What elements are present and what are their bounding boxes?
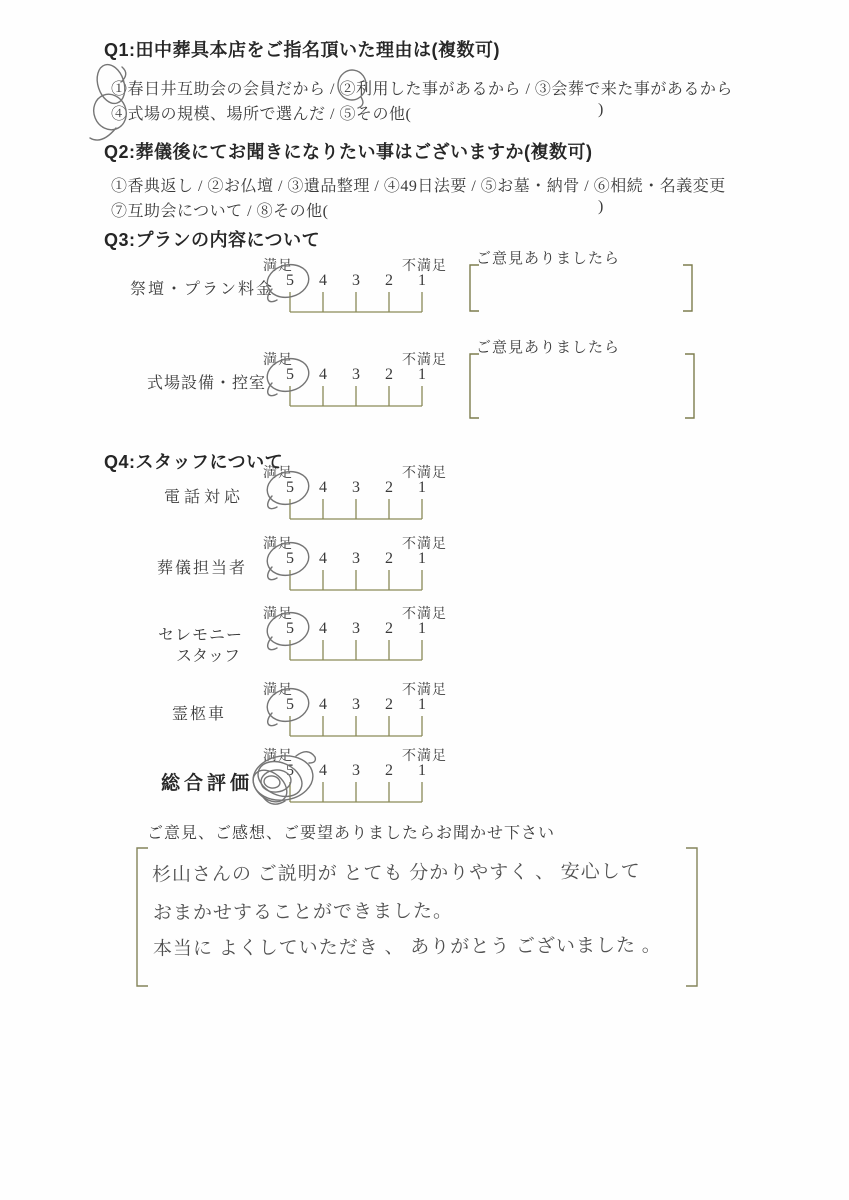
rating-number-4: 4 [316,550,330,568]
rating-scale-4: 満足不満足54321 [283,620,429,666]
rating-number-3: 3 [349,272,363,290]
q2-other-close-paren: ) [598,198,603,216]
handwritten-scribble-bottom [263,797,285,804]
scale-ruler [283,498,429,522]
rating-number-5: 5 [283,550,297,568]
scale-ruler [283,385,429,409]
scale-ruler [283,781,429,805]
rating-number-1: 1 [415,762,429,780]
rating-scale-2: 満足不満足54321 [283,479,429,525]
handwritten-circle-rating5-tail-3 [268,567,277,580]
q3-title: Q3:プランの内容について [104,226,320,252]
q2-options-line2: ⑦互助会について / ⑧その他( [111,198,328,221]
rating-number-4: 4 [316,479,330,497]
rating-number-2: 2 [382,272,396,290]
rating-number-3: 3 [349,696,363,714]
rating-number-2: 2 [382,366,396,384]
rating-number-4: 4 [316,762,330,780]
rating-number-1: 1 [415,550,429,568]
q4-row3-label: 霊柩車 [172,701,226,724]
rating-number-5: 5 [283,620,297,638]
rating-scale-3: 満足不満足54321 [283,550,429,596]
q4-row1-label: 葬儀担当者 [157,555,247,578]
scale-ruler [283,569,429,593]
q4-row0-label: 電話対応 [164,484,244,507]
comments-prompt: ご意見、ご感想、ご要望ありましたらお聞かせ下さい [147,820,555,843]
q1-options-line2: ④式場の規模、場所で選んだ / ⑤その他( [111,101,411,124]
handwritten-circle-rating5-tail-1 [268,383,277,396]
rating-number-5: 5 [283,272,297,290]
rating-scale-0: 満足不満足54321 [283,272,429,318]
rating-number-5: 5 [283,479,297,497]
rating-number-2: 2 [382,550,396,568]
q2-title: Q2:葬儀後にてお聞きになりたい事はございますか(複数可) [104,138,593,164]
handwritten-circle-rating5-tail-5 [268,713,277,726]
q1-other-close-paren: ) [598,101,603,119]
rating-scale-5: 満足不満足54321 [283,696,429,742]
rating-number-3: 3 [349,762,363,780]
q4-row2-label-line2: スタッフ [176,643,240,666]
rating-number-4: 4 [316,366,330,384]
rating-number-3: 3 [349,550,363,568]
rating-number-2: 2 [382,479,396,497]
rating-number-2: 2 [382,762,396,780]
rating-number-4: 4 [316,620,330,638]
rating-number-1: 1 [415,696,429,714]
q1-title: Q1:田中葬具本店をご指名頂いた理由は(複数可) [104,36,500,62]
handwriting-line-2: 本当に よくしていただき 、 ありがとう ございました 。 [153,930,662,961]
q4-row2-label-line1: セレモニー [158,622,243,645]
q3-row1-label: 式場設備・控室 [147,370,266,393]
q3-row0-label: 祭壇・プラン料金 [130,276,274,299]
scale-ruler [283,291,429,315]
rating-number-1: 1 [415,479,429,497]
q1-options-line1: ①春日井互助会の会員だから / ②利用した事があるから / ③会葬で来た事がある… [111,76,733,99]
rating-number-1: 1 [415,272,429,290]
rating-number-1: 1 [415,620,429,638]
rating-number-3: 3 [349,479,363,497]
handwriting-line-0: 杉山さんの ご説明が とても 分かりやすく 、 安心して [152,856,641,886]
rating-number-4: 4 [316,696,330,714]
rating-number-2: 2 [382,696,396,714]
q3-row1-comment-bracket-box [469,353,695,419]
rating-scale-1: 満足不満足54321 [283,366,429,412]
rating-number-2: 2 [382,620,396,638]
q4-row4-label: 総合評価 [161,768,253,795]
q2-options-line1: ①香典返し / ②お仏壇 / ③遺品整理 / ④49日法要 / ⑤お墓・納骨 /… [111,173,726,196]
rating-scale-6: 満足不満足54321 [283,762,429,808]
survey-form-page: Q1:田中葬具本店をご指名頂いた理由は(複数可) ①春日井互助会の会員だから /… [0,0,849,1200]
handwritten-circle-rating5-tail-4 [268,637,277,650]
scale-ruler [283,715,429,739]
handwritten-circle-rating5-tail-2 [268,496,277,509]
rating-number-3: 3 [349,620,363,638]
q4-title: Q4:スタッフについて [104,448,283,474]
rating-number-1: 1 [415,366,429,384]
rating-number-5: 5 [283,696,297,714]
rating-number-5: 5 [283,366,297,384]
rating-number-3: 3 [349,366,363,384]
rating-number-4: 4 [316,272,330,290]
rating-number-5: 5 [283,762,297,780]
q3-row0-comment-bracket-box [469,264,693,312]
scale-ruler [283,639,429,663]
handwriting-line-1: おまかせすることができました。 [153,896,453,925]
handwritten-scribble-loop-3 [263,775,281,790]
